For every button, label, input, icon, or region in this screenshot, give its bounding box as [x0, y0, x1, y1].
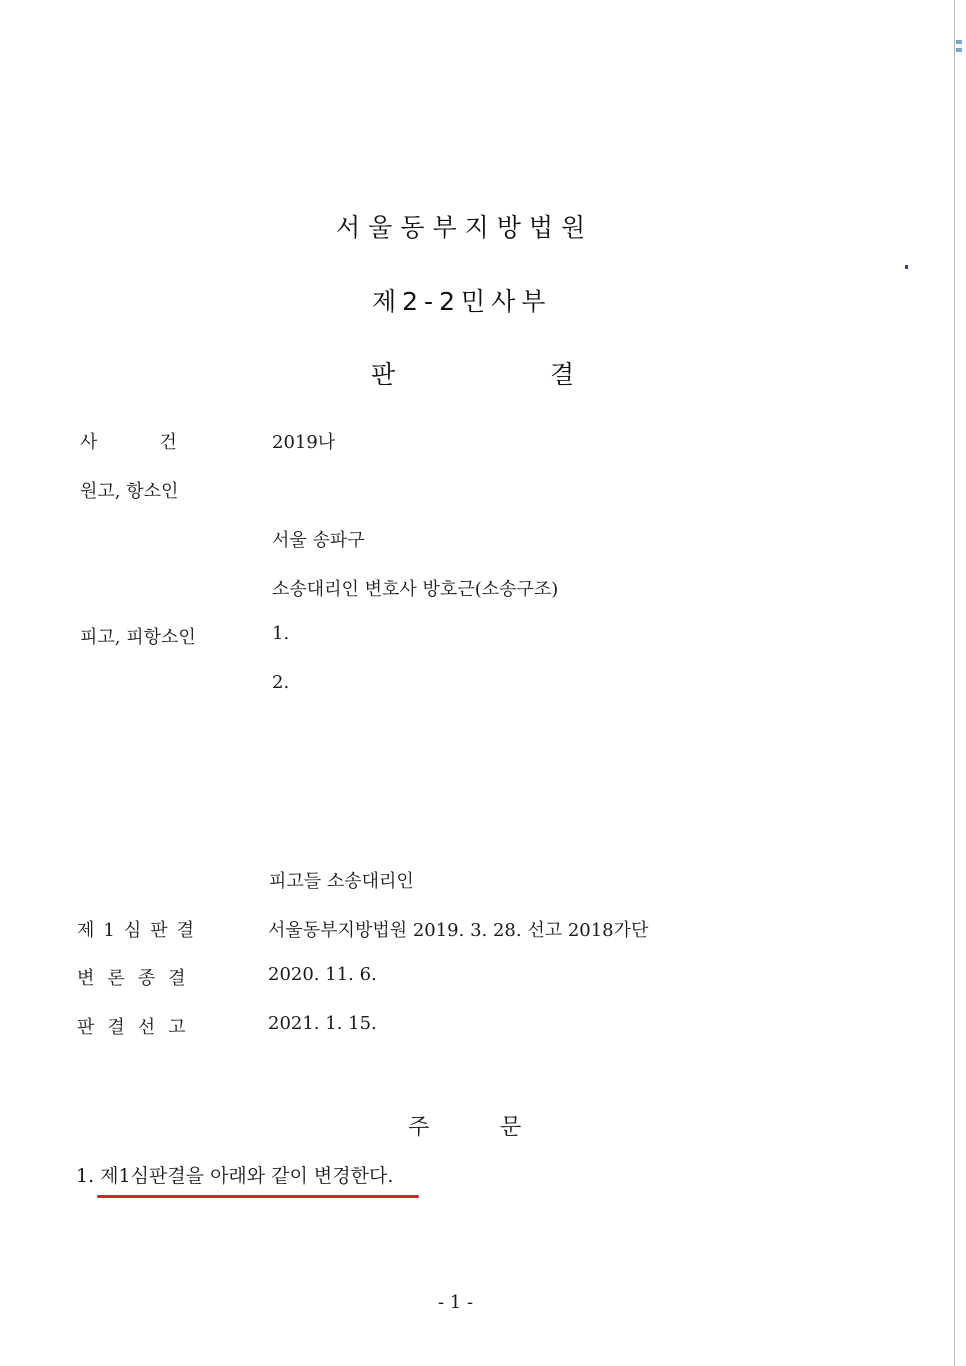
scan-edge-mark: [956, 40, 962, 44]
order-heading-right: 문: [500, 1110, 521, 1141]
argument-closed-label: 변론종결: [77, 964, 199, 990]
case-number: 2019나: [272, 428, 335, 454]
order-item: 1. 제1심판결을 아래와 같이 변경한다.: [76, 1161, 393, 1188]
argument-closed-date: 2020. 11. 6.: [268, 964, 377, 985]
plaintiff-address: 서울 송파구: [272, 526, 365, 552]
order-heading-left: 주: [408, 1110, 429, 1141]
doc-type-left: 판: [371, 355, 395, 391]
case-label: 사건: [80, 428, 239, 454]
scan-speck: [905, 265, 908, 269]
judgment-date: 2021. 1. 15.: [268, 1013, 377, 1034]
page-number: - 1 -: [438, 1292, 473, 1313]
judgment-date-label: 판결선고: [77, 1013, 199, 1039]
doc-type-right: 결: [550, 355, 574, 391]
red-underline-annotation: [97, 1195, 419, 1198]
court-name: 서울동부지방법원: [336, 208, 593, 244]
scan-edge-mark: [956, 48, 962, 52]
plaintiff-label: 원고, 항소인: [80, 477, 178, 503]
defendant-item: 2.: [272, 672, 289, 693]
plaintiff-counsel: 소송대리인 변호사 방호근(소송구조): [272, 575, 558, 601]
scan-edge-line: [954, 0, 955, 1366]
first-instance-value: 서울동부지방법원 2019. 3. 28. 선고 2018가단: [268, 916, 648, 942]
defendant-label: 피고, 피항소인: [80, 623, 196, 649]
first-instance-label: 제1심판결: [77, 916, 203, 942]
department-name: 제2-2민사부: [372, 282, 551, 318]
defendant-item: 1.: [272, 623, 289, 644]
defendant-counsel: 피고들 소송대리인: [269, 867, 414, 893]
